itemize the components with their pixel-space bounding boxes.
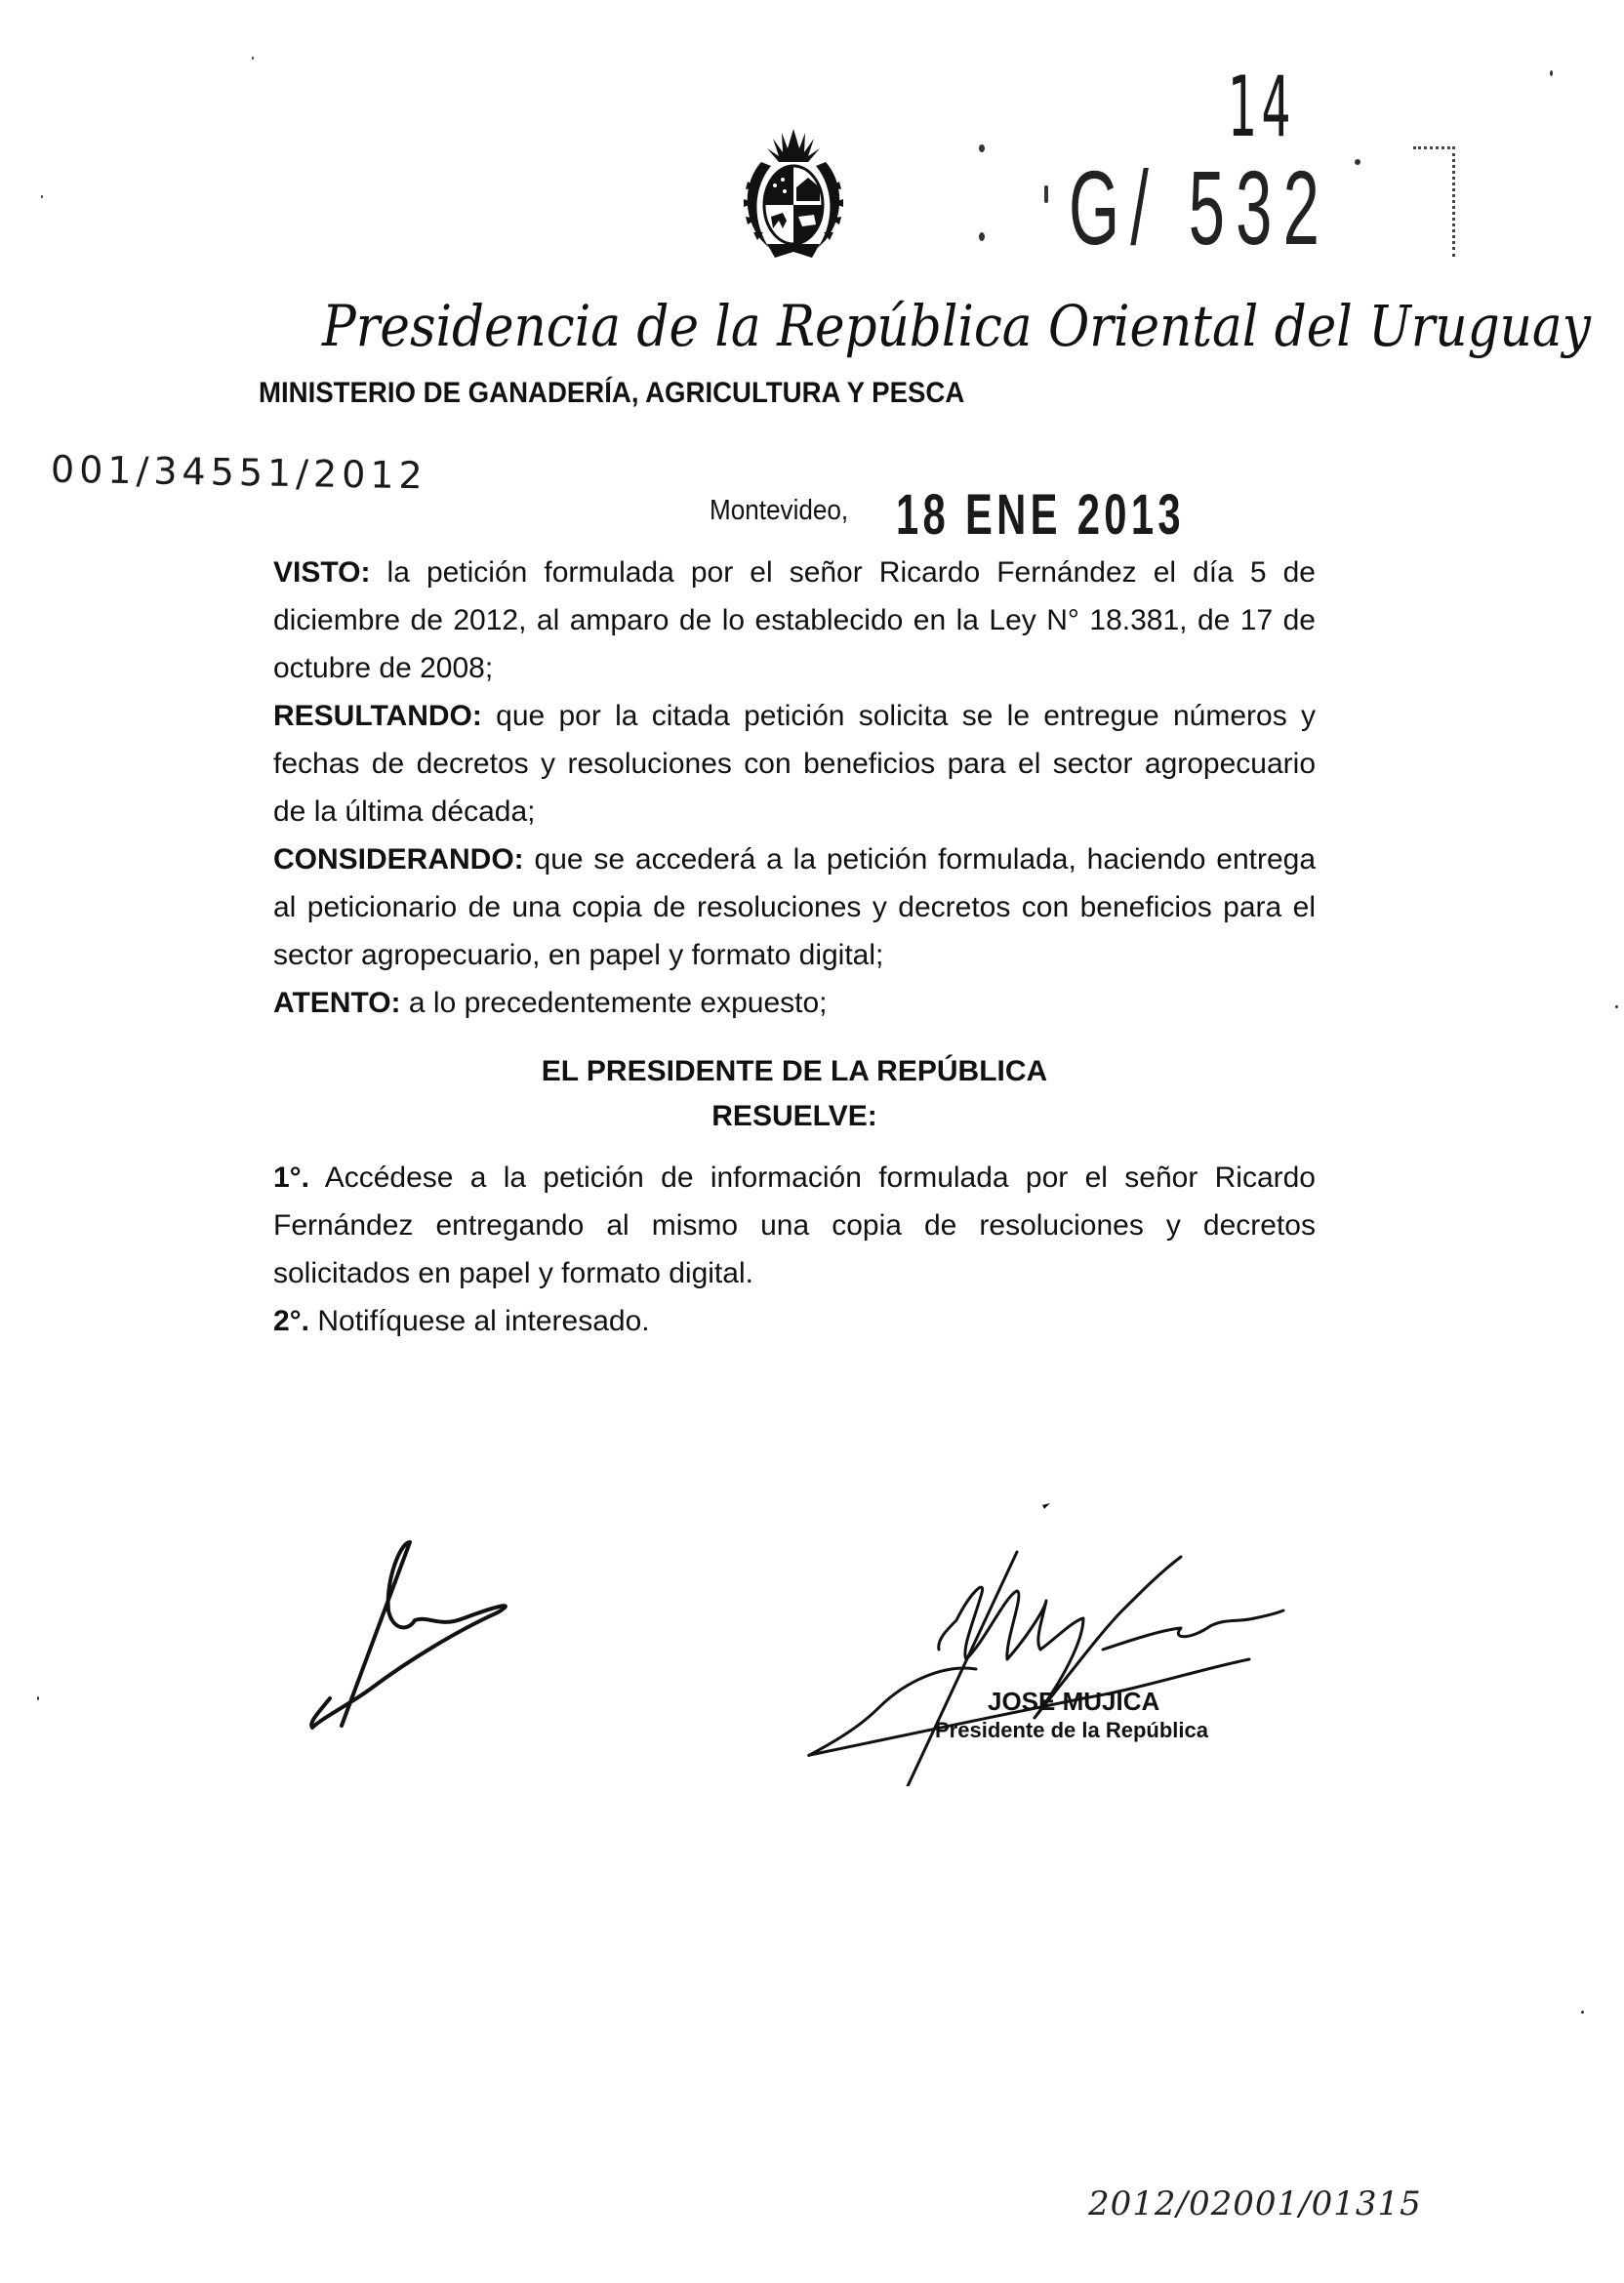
section-resultando: RESULTANDO: que por la citada petición s… (273, 692, 1316, 836)
signer-title: Presidente de la República (935, 1718, 1208, 1743)
section-visto: VISTO: la petición formulada por el seño… (273, 549, 1316, 692)
scan-speck (979, 232, 985, 241)
letterhead-title: Presidencia de la República Oriental del… (322, 293, 1591, 359)
ministry-name: MINISTERIO DE GANADERÍA, AGRICULTURA Y P… (259, 377, 964, 410)
section-label: CONSIDERANDO: (273, 843, 524, 876)
scan-speck (1550, 70, 1553, 76)
article-label: 1°. (273, 1162, 309, 1194)
folio-number-handwritten: 14 (1228, 59, 1295, 156)
section-label: VISTO: (273, 556, 370, 589)
president-signature-icon (791, 1503, 1318, 1786)
stamp-bracket-mark (1413, 146, 1455, 257)
reference-number-handwritten: 2012/02001/01315 (1088, 2184, 1422, 2223)
scan-speck (1355, 159, 1360, 165)
place-label: Montevideo, (710, 495, 848, 527)
article-text: Accédese a la petición de información fo… (273, 1162, 1316, 1289)
section-atento: ATENTO: a lo precedentemente expuesto; (273, 979, 1316, 1027)
coat-of-arms-icon (734, 123, 853, 262)
resolution-articles: 1°. Accédese a la petición de informació… (273, 1154, 1316, 1345)
article-1: 1°. Accédese a la petición de informació… (273, 1154, 1316, 1297)
section-label: RESULTANDO: (273, 700, 482, 732)
registry-stamp: G/ 532 (1069, 146, 1330, 268)
scan-speck (1044, 185, 1048, 203)
scan-speck (37, 1696, 39, 1700)
article-text: Notifíquese al interesado. (317, 1305, 649, 1337)
scan-speck (979, 144, 985, 152)
section-text: a lo precedentemente expuesto; (409, 987, 828, 1019)
signer-name: JOSE MUJICA (988, 1687, 1159, 1717)
authority-heading: EL PRESIDENTE DE LA REPÚBLICA (273, 1049, 1316, 1094)
resolves-heading: RESUELVE: (273, 1094, 1316, 1139)
scan-speck (41, 195, 43, 198)
article-label: 2°. (273, 1305, 309, 1337)
preamble-sections: VISTO: la petición formulada por el seño… (273, 549, 1316, 1027)
scan-speck (1581, 2011, 1584, 2014)
section-label: ATENTO: (273, 987, 401, 1019)
section-considerando: CONSIDERANDO: que se accederá a la petic… (273, 836, 1316, 979)
scan-speck (252, 57, 254, 60)
section-text: la petición formulada por el señor Ricar… (273, 556, 1316, 684)
file-number-handwritten: 001/34551/2012 (51, 448, 427, 498)
article-2: 2°. Notifíquese al interesado. (273, 1297, 1316, 1345)
initials-signature-icon (293, 1523, 547, 1747)
date-stamp: 18 ENE 2013 (896, 482, 1185, 548)
scan-speck (1615, 1005, 1618, 1008)
